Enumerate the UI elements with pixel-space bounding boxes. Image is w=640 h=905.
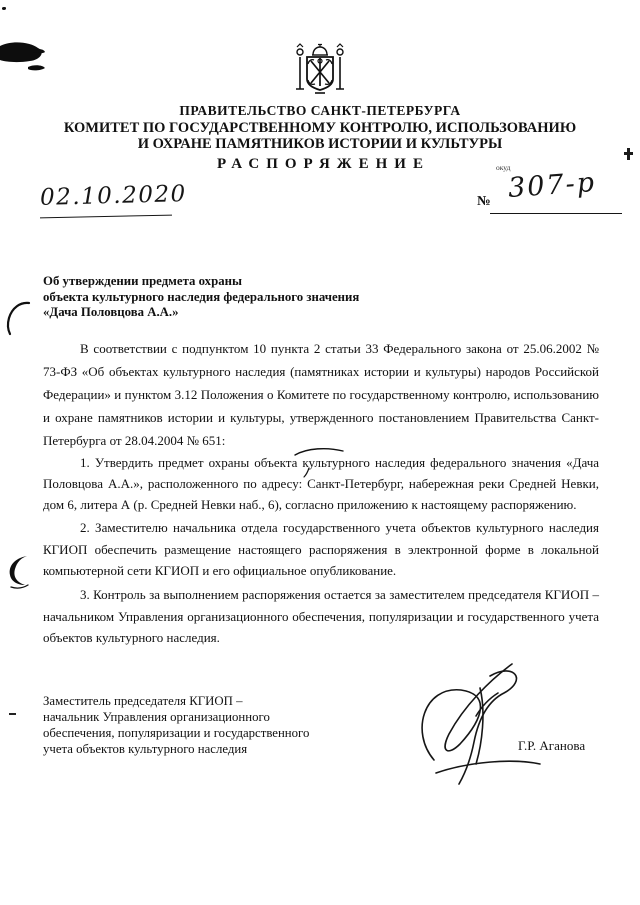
signer-position-line1: Заместитель председателя КГИОП – [43,694,373,710]
scanned-document-page: ПРАВИТЕЛЬСТВО САНКТ-ПЕТЕРБУРГА КОМИТЕТ П… [0,0,640,905]
subject-line1: Об утверждении предмета охраны [43,274,463,290]
committee-title-line2: И ОХРАНЕ ПАМЯТНИКОВ ИСТОРИИ И КУЛЬТУРЫ [0,136,640,153]
order-item-1: 1. Утвердить предмет охраны объекта куль… [43,452,599,515]
signer-name: Г.Р. Аганова [518,738,585,754]
signer-position-line4: учета объектов культурного наследия [43,742,373,758]
handwritten-number: 307-р [507,167,597,204]
ink-dot-top-left [2,7,6,10]
handwritten-date: 02.10.2020 [40,181,187,211]
order-item-2: 2. Заместителю начальника отдела государ… [43,517,599,582]
date-underline [40,215,172,219]
government-title: ПРАВИТЕЛЬСТВО САНКТ-ПЕТЕРБУРГА [0,103,640,119]
number-underline [490,213,622,214]
subject-block: Об утверждении предмета охраны объекта к… [43,274,463,321]
margin-dash-mark [9,713,16,715]
number-label: № [477,193,491,209]
coat-of-arms-icon [291,43,349,99]
ink-blob-top-left [0,40,70,78]
okud-label: окуд [496,163,510,172]
committee-title-line1: КОМИТЕТ ПО ГОСУДАРСТВЕННОМУ КОНТРОЛЮ, ИС… [0,120,640,137]
order-item-3: 3. Контроль за выполнением распоряжения … [43,584,599,649]
signer-position-line3: обеспечения, популяризации и государстве… [43,726,373,742]
subject-line3: «Дача Половцова А.А.» [43,305,463,321]
margin-hook-mark [5,300,31,336]
margin-crescent-mark [5,554,33,590]
subject-line2: объекта культурного наследия федеральног… [43,290,463,306]
handwritten-signature-stroke [416,660,548,795]
signer-position-block: Заместитель председателя КГИОП – начальн… [43,694,373,758]
intro-paragraph: В соответствии с подпунктом 10 пункта 2 … [43,337,599,452]
signer-position-line2: начальник Управления организационного [43,710,373,726]
